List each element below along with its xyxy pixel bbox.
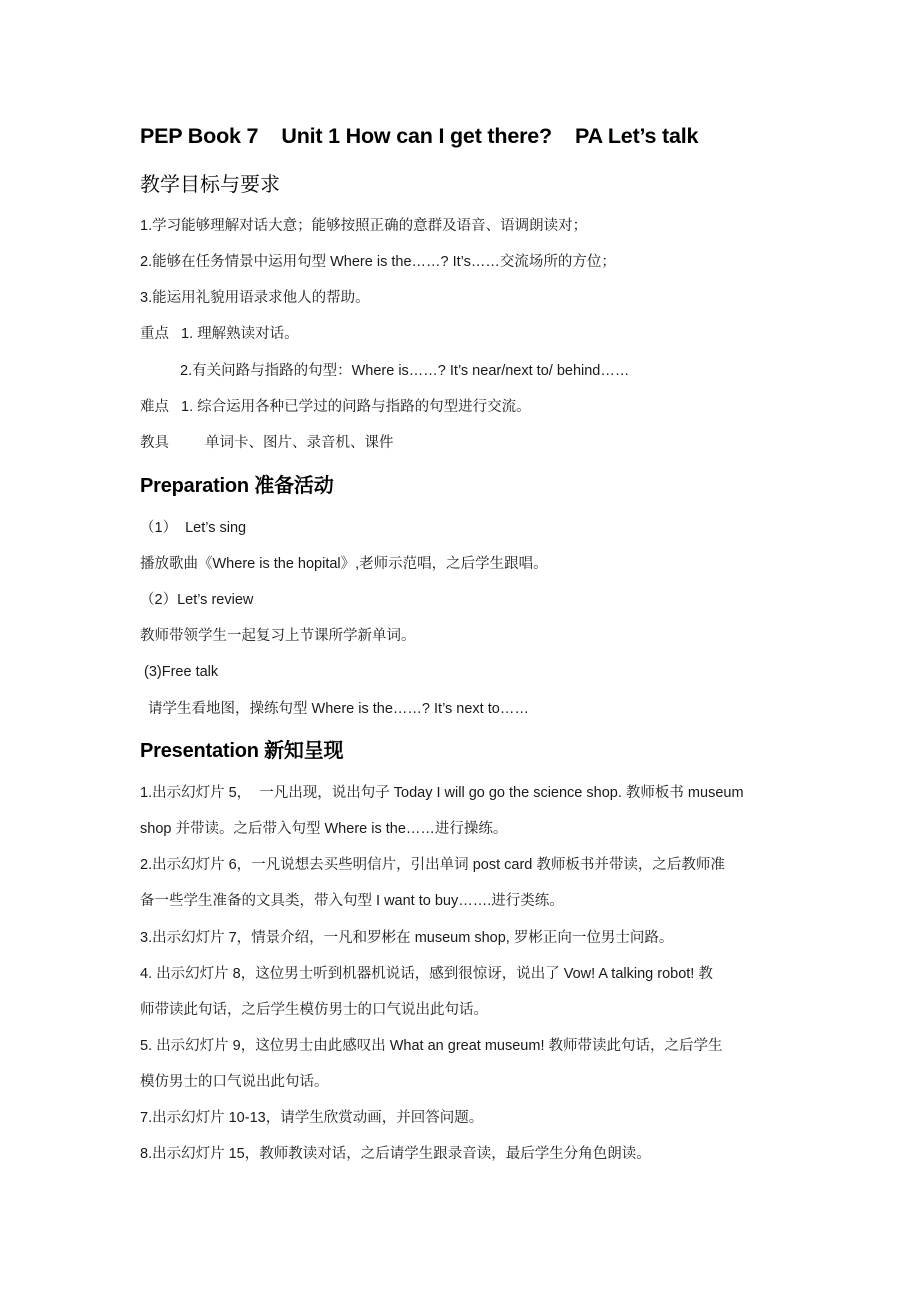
presentation-line: 7.出示幻灯片 10-13，请学生欣赏动画，并回答问题。 bbox=[140, 1108, 483, 1128]
preparation-heading: Preparation 准备活动 bbox=[140, 472, 334, 500]
objectives-heading: 教学目标与要求 bbox=[140, 171, 280, 199]
presentation-line: 师带读此句话，之后学生模仿男士的口气说出此句话。 bbox=[140, 1000, 488, 1020]
presentation-line: 4. 出示幻灯片 8，这位男士听到机器机说话，感到很惊讶，说出了 Vow! A … bbox=[140, 964, 713, 984]
objective-item: 2.能够在任务情景中运用句型 Where is the……? It’s……交流场… bbox=[140, 252, 616, 272]
presentation-line: shop 并带读。之后带入句型 Where is the……进行操练。 bbox=[140, 819, 507, 839]
difficulties-row: 难点1. 综合运用各种已学过的问路与指路的句型进行交流。 bbox=[140, 397, 531, 417]
materials-label: 教具 bbox=[140, 435, 169, 451]
presentation-line: 8.出示幻灯片 15，教师教读对话，之后请学生跟录音读，最后学生分角色朗读。 bbox=[140, 1144, 651, 1164]
document-title: PEP Book 7 Unit 1 How can I get there? P… bbox=[140, 122, 698, 150]
key-points-label: 重点 bbox=[140, 326, 169, 342]
materials-value: 单词卡、图片、录音机、课件 bbox=[205, 435, 394, 451]
prep-step-desc: 请学生看地图，操练句型 Where is the……? It’s next to… bbox=[148, 699, 529, 719]
objective-item: 1.学习能够理解对话大意；能够按照正确的意群及语音、语调朗读对； bbox=[140, 216, 587, 236]
prep-step-label: (3)Free talk bbox=[144, 662, 218, 682]
presentation-line: 5. 出示幻灯片 9，这位男士由此感叹出 What an great museu… bbox=[140, 1036, 723, 1056]
key-points-row: 重点1. 理解熟读对话。 bbox=[140, 324, 299, 344]
presentation-line: 1.出示幻灯片 5， 一凡出现，说出句子 Today I will go go … bbox=[140, 783, 744, 803]
objective-item: 3.能运用礼貌用语录求他人的帮助。 bbox=[140, 288, 370, 308]
presentation-heading: Presentation 新知呈现 bbox=[140, 737, 343, 765]
presentation-line: 2.出示幻灯片 6，一凡说想去买些明信片，引出单词 post card 教师板书… bbox=[140, 855, 725, 875]
presentation-line: 模仿男士的口气说出此句话。 bbox=[140, 1072, 329, 1092]
prep-step-label: （1） Let’s sing bbox=[140, 518, 246, 538]
key-point-item: 1. 理解熟读对话。 bbox=[181, 326, 299, 342]
materials-row: 教具单词卡、图片、录音机、课件 bbox=[140, 433, 394, 453]
presentation-line: 备一些学生准备的文具类，带入句型 I want to buy…….进行类练。 bbox=[140, 891, 564, 911]
document-page: PEP Book 7 Unit 1 How can I get there? P… bbox=[0, 0, 920, 1302]
difficulties-label: 难点 bbox=[140, 399, 169, 415]
difficulty-item: 1. 综合运用各种已学过的问路与指路的句型进行交流。 bbox=[181, 399, 531, 415]
prep-step-label: （2）Let’s review bbox=[140, 590, 253, 610]
key-point-item: 2.有关问路与指路的句型：Where is……? It’s near/next … bbox=[180, 361, 629, 381]
presentation-line: 3.出示幻灯片 7，情景介绍，一凡和罗彬在 museum shop, 罗彬正向一… bbox=[140, 928, 673, 948]
prep-step-desc: 教师带领学生一起复习上节课所学新单词。 bbox=[140, 626, 416, 646]
prep-step-desc: 播放歌曲《Where is the hopital》,老师示范唱，之后学生跟唱。 bbox=[140, 554, 548, 574]
